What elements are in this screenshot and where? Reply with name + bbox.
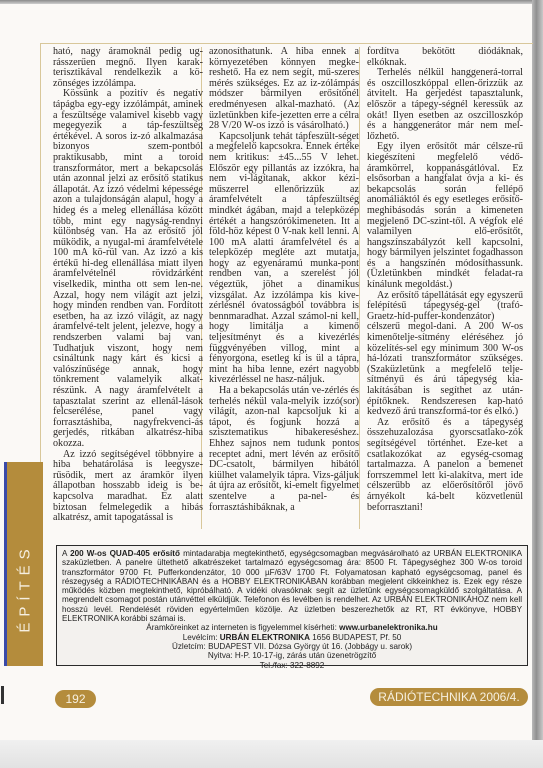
section-tab: ÉPÍTÉS — [4, 462, 43, 666]
paragraph: Az izzó segítségével többnyire a hiba be… — [53, 450, 203, 524]
paragraph: Az erősítő és a tápegység összehuzalozás… — [367, 418, 523, 513]
paragraph: Az erősítő tápellátását egy egyszerű fel… — [367, 291, 523, 418]
article-column-1: ható, nagy áramoknál pedig ug-rásszerűen… — [53, 47, 203, 524]
page-number: 192 — [55, 690, 96, 708]
paragraph: fordítva bekötött diódáknak, elkóknak. — [367, 47, 523, 68]
paragraph: Ha a bekapcsolás után ve-zérlés és terhe… — [209, 386, 359, 513]
scan-bottom-edge — [0, 740, 543, 768]
ad-web-line: Áramköreinket az interneten is figyelemm… — [62, 623, 522, 632]
ad-phone: Tel./fax: 322-8892 — [62, 661, 522, 670]
ad-mail-prefix: Levélcím: — [183, 633, 220, 642]
scan-spine-edge — [532, 0, 543, 740]
binder-mark — [1, 686, 4, 704]
ad-text: mintadarabja megtekinthető, egységcsomag… — [62, 549, 522, 623]
ad-company-name: URBÁN ELEKTRONIKA — [220, 633, 310, 642]
ad-mail-line: Levélcím: URBÁN ELEKTRONIKA 1656 BUDAPES… — [62, 633, 522, 642]
ad-web-prefix: Áramköreinket az interneten is figyelemm… — [146, 623, 339, 632]
article-column-2: azonosíthatunk. A hiba ennek a környezet… — [209, 47, 359, 513]
paragraph: Kössünk a pozitív és negatív tápágba egy… — [53, 89, 203, 449]
ad-intro: A — [62, 549, 70, 558]
article-column-3: fordítva bekötött diódáknak, elkóknak. T… — [367, 47, 523, 513]
advertisement-box: A 200 W-os QUAD-405 erősítő mintadarabja… — [56, 545, 528, 666]
paragraph: Egy ilyen erősítőt már célsze-rű kiegész… — [367, 142, 523, 290]
ad-shop-address: Üzletcím: BUDAPEST VII. Dózsa György út … — [62, 642, 522, 651]
magazine-issue: RÁDIÓTECHNIKA 2006/4. — [370, 688, 528, 706]
paragraph: ható, nagy áramoknál pedig ug-rásszerűen… — [53, 47, 203, 89]
section-tab-label: ÉPÍTÉS — [17, 544, 34, 633]
column-divider — [359, 47, 360, 529]
paragraph: Terhelés nélkül hanggenerá-torral és osz… — [367, 68, 523, 142]
scan-top-edge — [0, 0, 543, 4]
ad-body: A 200 W-os QUAD-405 erősítő mintadarabja… — [62, 549, 522, 623]
ad-mail-address: 1656 BUDAPEST, Pf. 50 — [310, 633, 401, 642]
ad-opening-hours: Nyitva: H-P. 10-17-ig, zárás után üzenet… — [62, 651, 522, 660]
paragraph: Kapcsoljunk tehát tápfeszült-séget a meg… — [209, 132, 359, 386]
paragraph: azonosíthatunk. A hiba ennek a környezet… — [209, 47, 359, 132]
ad-web-link[interactable]: www.urbanelektronika.hu — [339, 623, 438, 632]
ad-product-name: 200 W-os QUAD-405 erősítő — [70, 549, 180, 558]
